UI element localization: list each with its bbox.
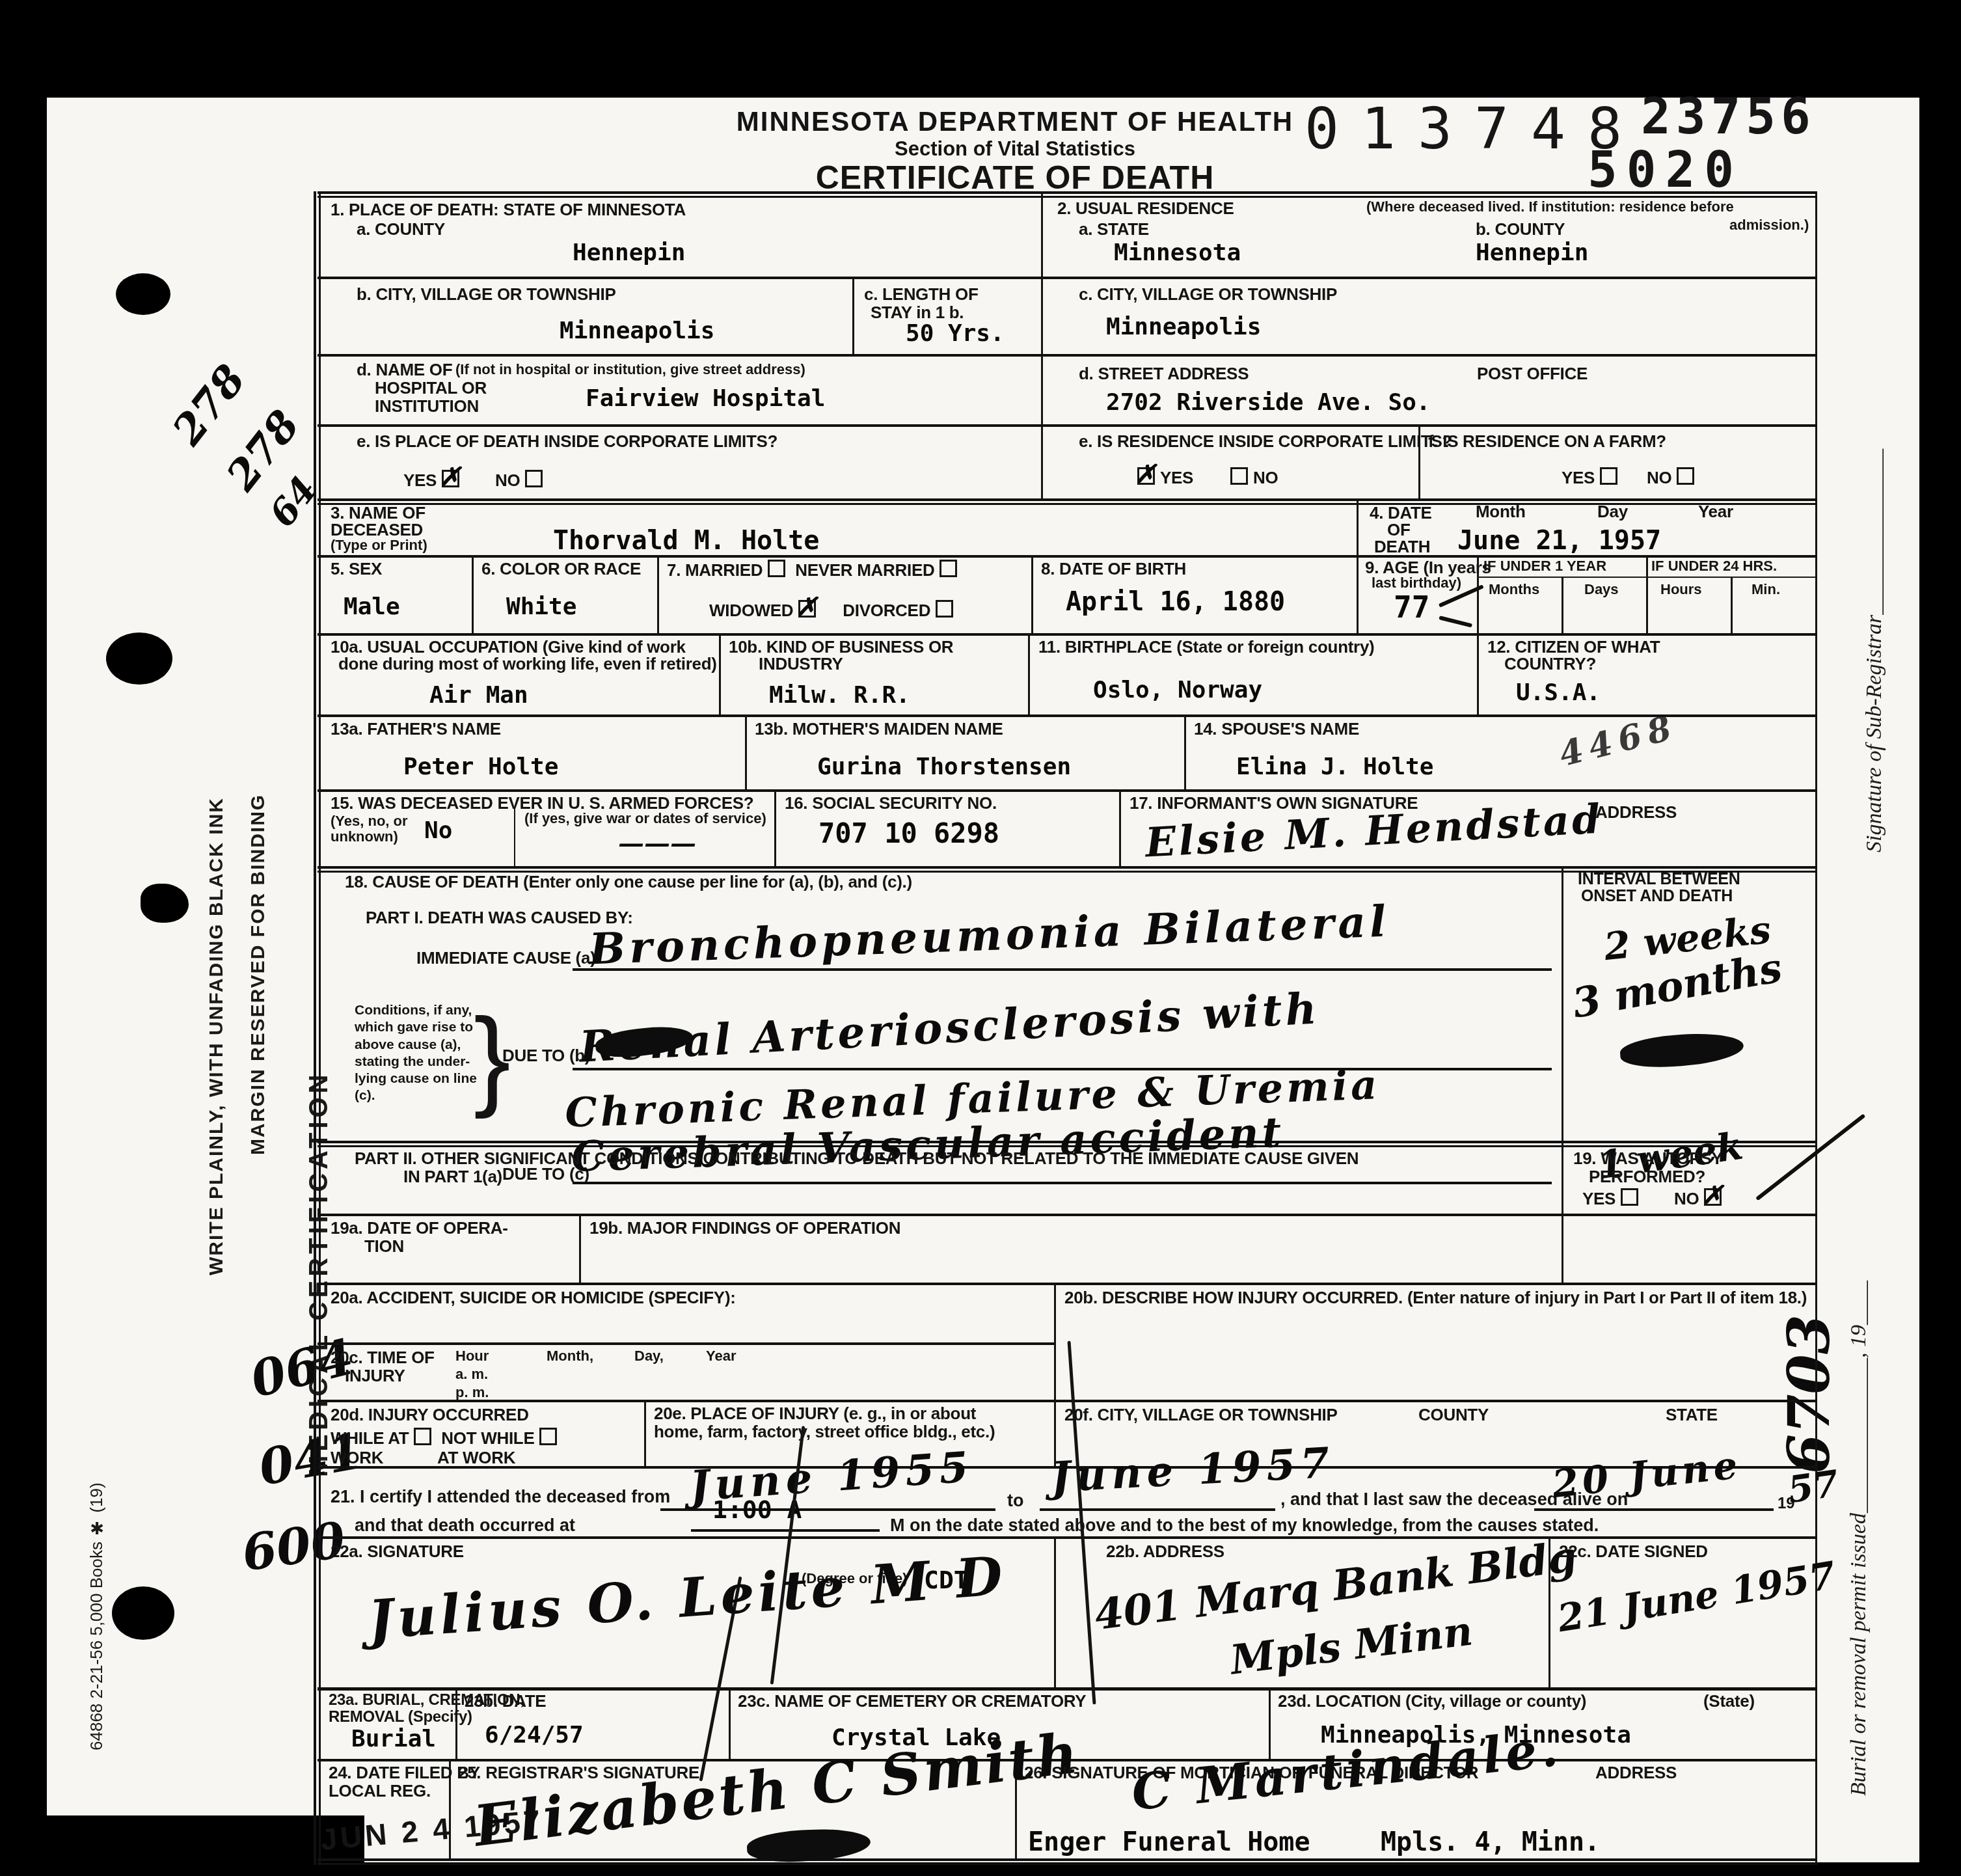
checkbox [940,560,957,577]
field-5-sex-label: 5. SEX [331,560,382,578]
field-11-birthplace-label: 11. BIRTHPLACE (State or foreign country… [1038,638,1374,656]
field-1d-hospital-label: d. NAME OF [357,360,452,379]
field-19b-findings-label: 19b. MAJOR FINDINGS OF OPERATION [589,1219,900,1237]
field-3-name-value: Thorvald M. Holte [553,526,819,556]
field-24-date-filed-label: 24. DATE FILED BY [329,1763,480,1782]
field-21-certify-text-2: and that death occurred at [355,1516,575,1535]
field-11-birthplace-value: Oslo, Norway [1093,677,1262,703]
field-1b-city-label: b. CITY, VILLAGE OR TOWNSHIP [357,285,615,303]
field-2c-city-value: Minneapolis [1106,314,1261,340]
field-7-marital-labels: 7. MARRIED NEVER MARRIED [667,560,962,579]
checkbox [1621,1188,1638,1206]
field-18-immediate-cause-label: IMMEDIATE CAUSE (a) [416,949,596,967]
field-13b-mother-value: Gurina Thorstensen [817,754,1071,780]
field-1b-city-value: Minneapolis [560,318,714,344]
field-9-age-value: 77 [1394,590,1429,625]
field-15-dash: ——— [618,828,696,858]
field-3-name-label: 3. NAME OF [331,504,426,522]
field-2d-street-value: 2702 Riverside Ave. So. [1106,389,1431,416]
checkbox-checked [1704,1188,1722,1206]
margin-binding-label: MARGIN RESERVED FOR BINDING [247,608,269,1155]
field-8-dob-label: 8. DATE OF BIRTH [1041,560,1186,578]
field-13b-mother-label: 13b. MOTHER'S MAIDEN NAME [755,720,1003,738]
checkbox-checked [442,470,459,487]
field-2e-limits-label: e. IS RESIDENCE INSIDE CORPORATE LIMITS? [1079,432,1452,450]
field-6-race-label: 6. COLOR OR RACE [481,560,641,578]
field-9-age-label: 9. AGE (In years [1365,558,1491,577]
field-1a-county-label: a. COUNTY [357,220,445,238]
field-22a-signature-label: 22a. SIGNATURE [331,1542,464,1560]
field-1e-limits-boxes: YES NO [403,470,548,489]
punch-hole [106,632,172,685]
checkbox [525,470,543,487]
field-1-place-of-death-label: 1. PLACE OF DEATH: STATE OF MINNESOTA [331,200,686,219]
margin-write-plainly-label: WRITE PLAINLY, WITH UNFADING BLACK INK [206,573,228,1275]
checkbox [1600,467,1617,485]
field-14-spouse-value: Elina J. Holte [1236,754,1433,780]
field-19a-operation-label: 19a. DATE OF OPERA- [331,1219,508,1237]
field-10a-occupation-label: 10a. USUAL OCCUPATION (Give kind of work [331,638,686,656]
field-2d-street-label: d. STREET ADDRESS [1079,364,1249,383]
field-20f-city-label: 20f. CITY, VILLAGE OR TOWNSHIP [1064,1406,1338,1424]
field-2f-farm-boxes: YES NO [1562,467,1699,487]
checkbox [1677,467,1694,485]
checkbox [1230,467,1248,485]
field-23d-location-label: 23d. LOCATION (City, village or county) [1278,1692,1586,1710]
field-23b-date-label: 23b. DATE [465,1692,546,1710]
field-26-address-label: ADDRESS [1595,1763,1677,1782]
field-19-autopsy-label: 19. WAS AUTOPSY [1573,1149,1723,1167]
field-10b-industry-value: Milw. R.R. [769,682,910,709]
field-1c-length-label: c. LENGTH OF [864,285,979,303]
field-15-armed-forces-value: No [424,817,452,844]
field-13a-father-label: 13a. FATHER'S NAME [331,720,501,738]
field-1a-county-value: Hennepin [573,239,685,266]
field-20d-boxes: WHILE AT NOT WHILE [331,1428,562,1447]
checkbox [414,1428,431,1445]
field-26-funeral-city-value: Mpls. 4, Minn. [1381,1827,1600,1857]
field-2b-county-label: b. COUNTY [1476,220,1565,238]
burial-permit-line: Burial or removal permit issued_________… [1846,989,1871,1796]
field-2-residence-label: 2. USUAL RESIDENCE [1057,199,1234,217]
checkbox [539,1428,557,1445]
field-26-funeral-home-value: Enger Funeral Home [1028,1827,1310,1857]
field-4-date-of-death-value: June 21, 1957 [1457,526,1661,556]
field-17-address-label: ADDRESS [1595,803,1677,821]
field-9-under1yr-label: IF UNDER 1 YEAR [1483,558,1606,574]
field-9-under24hrs-label: IF UNDER 24 HRS. [1651,558,1777,574]
checkbox-checked [1137,467,1155,485]
field-18-due-b-label: DUE TO (b) [502,1046,590,1065]
stamp-file-number-2: 5020 [1588,141,1743,198]
field-16-ssn-label: 16. SOCIAL SECURITY NO. [785,794,997,812]
field-15-armed-forces-label: 15. WAS DECEASED EVER IN U. S. ARMED FOR… [331,794,753,812]
header-section: Section of Vital Statistics [625,138,1405,159]
checkbox [936,600,953,618]
interval-header: INTERVAL BETWEEN [1578,871,1740,888]
field-23c-cemetery-label: 23c. NAME OF CEMETERY OR CREMATORY [738,1692,1086,1710]
checkbox [768,560,785,577]
field-21-certify-text-1: 21. I certify I attended the deceased fr… [331,1488,670,1506]
form-border [1815,191,1817,1865]
field-8-dob-value: April 16, 1880 [1066,587,1285,617]
field-18-conditions-label: Conditions, if any, which gave rise to a… [355,1002,477,1105]
field-1c-length-value: 50 Yrs. [906,320,1005,347]
field-18-cause-label: 18. CAUSE OF DEATH (Enter only one cause… [345,873,912,891]
field-14-spouse-label: 14. SPOUSE'S NAME [1194,720,1359,738]
field-part2-label: PART II. OTHER SIGNIFICANT CONDITIONS CO… [355,1149,1359,1167]
field-12-citizen-label: 12. CITIZEN OF WHAT [1487,638,1660,656]
field-16-ssn-value: 707 10 6298 [818,817,999,849]
form-border [318,191,1817,198]
field-22c-date-signed-label: 22c. DATE SIGNED [1559,1542,1708,1560]
sub-registrar-signature-line: Signature of Sub-Registrar______________… [1862,176,1887,852]
field-1e-limits-label: e. IS PLACE OF DEATH INSIDE CORPORATE LI… [357,432,778,450]
punch-hole [141,884,189,923]
header-department: MINNESOTA DEPARTMENT OF HEALTH [625,107,1405,136]
field-1d-hospital-value: Fairview Hospital [586,385,825,412]
field-2a-state-label: a. STATE [1079,220,1149,238]
margin-print-code: 64868 2-21-56 5,000 Books ✱ (19) [87,1360,107,1750]
field-5-sex-value: Male [344,593,400,620]
form-border [314,191,321,1865]
punch-hole [116,273,170,315]
field-6-race-value: White [506,593,576,620]
field-20e-place-label: 20e. PLACE OF INJURY (e. g., in or about [654,1404,976,1422]
field-10b-industry-label: 10b. KIND OF BUSINESS OR [729,638,953,656]
field-13a-father-value: Peter Holte [403,754,558,780]
stamp-file-number: 23756 [1641,87,1816,145]
field-12-citizen-value: U.S.A. [1516,679,1601,706]
field-2b-county-value: Hennepin [1476,239,1588,266]
scanned-death-certificate: WRITE PLAINLY, WITH UNFADING BLACK INK M… [0,0,1961,1876]
header-title: CERTIFICATE OF DEATH [625,160,1405,195]
field-2c-city-label: c. CITY, VILLAGE OR TOWNSHIP [1079,285,1337,303]
field-20d-injury-label: 20d. INJURY OCCURRED [331,1406,529,1424]
field-21-time-of-death: 1:00 A [712,1495,802,1524]
hand-permit-number: 6703 [1775,1246,1843,1474]
field-2e-limits-boxes: YES NO [1132,467,1278,487]
field-23a-burial-value: Burial [351,1726,436,1752]
punch-hole [112,1586,174,1640]
field-20a-accident-label: 20a. ACCIDENT, SUICIDE OR HOMICIDE (SPEC… [331,1288,736,1307]
field-22b-address-label: 22b. ADDRESS [1106,1542,1224,1560]
field-2d-post-office-label: POST OFFICE [1477,364,1588,383]
field-19-autopsy-boxes: YES NO [1582,1188,1727,1208]
field-23b-date-value: 6/24/57 [485,1722,584,1748]
field-2a-state-value: Minnesota [1114,239,1241,266]
field-10a-occupation-value: Air Man [429,682,528,709]
field-20b-describe-label: 20b. DESCRIBE HOW INJURY OCCURRED. (Ente… [1064,1288,1807,1307]
checkbox-checked [798,600,816,618]
field-20c-time-label: 20c. TIME OF [331,1348,435,1366]
scan-shadow-bottom-left [0,1815,364,1876]
field-7-marital-labels-2: WIDOWED DIVORCED [709,600,958,619]
field-2f-farm-label: f. IS RESIDENCE ON A FARM? [1428,432,1666,450]
field-4-date-of-death-label: 4. DATE [1370,504,1432,522]
field-21-last-seen-year: 57 [1785,1462,1841,1512]
